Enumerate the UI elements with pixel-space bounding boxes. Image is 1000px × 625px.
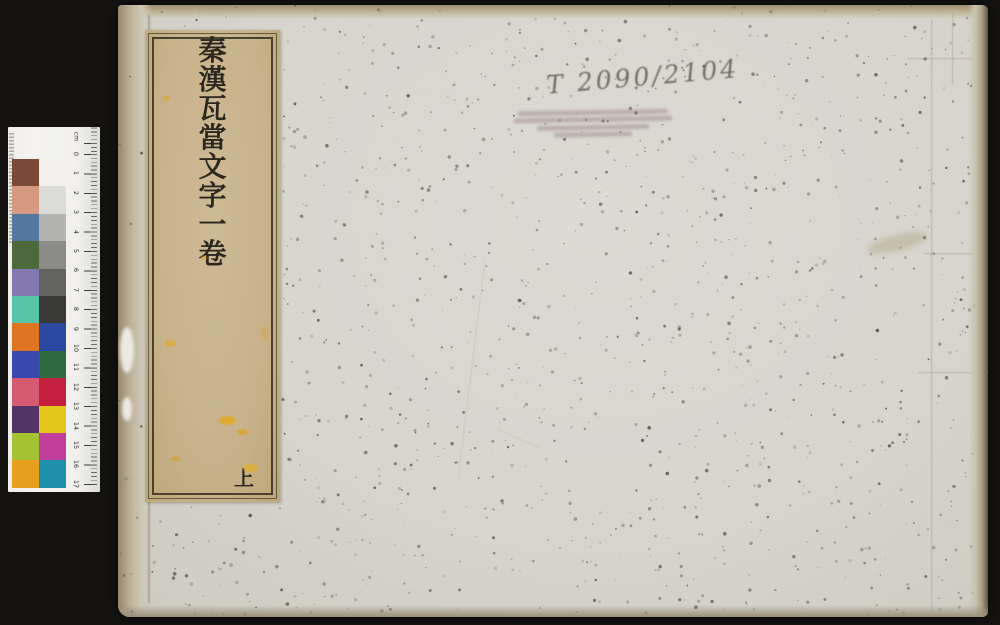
color-patch (12, 351, 39, 378)
stamp-text-line (554, 131, 632, 137)
ruler-number: 3 (68, 204, 80, 220)
ruler-number: 8 (68, 301, 80, 317)
stain (243, 464, 258, 472)
color-patch (39, 269, 66, 296)
color-patch (39, 406, 66, 433)
stain (171, 456, 180, 461)
ruler-number: 13 (68, 398, 80, 414)
stain (261, 326, 269, 340)
color-patch (39, 351, 66, 378)
color-patch (39, 433, 66, 460)
ruler: 01234567891011121314151617 (66, 127, 82, 492)
fore-edge (968, 5, 988, 617)
color-patch (12, 296, 39, 323)
ruler-number: 12 (68, 379, 80, 395)
ruler-minor-ticks (91, 127, 97, 487)
ruler-number: 14 (68, 418, 80, 434)
ruler-number: 17 (68, 476, 80, 492)
color-patch (12, 433, 39, 460)
crease-line (457, 262, 485, 477)
color-patch (39, 214, 66, 241)
title-label: 秦漢瓦當文字一卷 上 (145, 30, 280, 502)
ruler-number: 10 (68, 340, 80, 356)
color-patch (12, 214, 39, 241)
title-character: 漢 (145, 65, 280, 94)
stamp-text-line (537, 124, 649, 131)
crease-line (951, 13, 953, 85)
color-patch (39, 159, 66, 186)
stamp-text-line (518, 108, 668, 116)
crease-line (498, 428, 541, 449)
ruler-number: 4 (68, 224, 80, 240)
title-character: 文 (145, 152, 280, 181)
color-patch (12, 378, 39, 405)
color-patch (39, 241, 66, 268)
ruler-number: 11 (68, 359, 80, 375)
title-character: 秦 (145, 36, 280, 65)
book-top-edge (118, 5, 988, 19)
stain (163, 96, 170, 101)
handwritten-accession-number: T 2090/2104 (545, 49, 797, 100)
color-patch (12, 241, 39, 268)
stain (201, 256, 207, 260)
ruler-number: 9 (68, 321, 80, 337)
ruler-number: 1 (68, 165, 80, 181)
color-patch (12, 269, 39, 296)
stain (219, 416, 236, 425)
title-text: 秦漢瓦當文字一卷 (145, 36, 280, 268)
ruler-number: 16 (68, 456, 80, 472)
ruler-number: 0 (68, 146, 80, 162)
title-character: 字 (145, 181, 280, 210)
book-bottom-edge (118, 605, 988, 617)
color-patch (12, 186, 39, 213)
ruler-number: 7 (68, 282, 80, 298)
color-patch-column-left (12, 159, 39, 488)
color-patch (39, 460, 66, 487)
photo-stage: cm 01234567891011121314151617 秦漢瓦當文字一卷 上 (0, 0, 1000, 625)
stain (865, 228, 929, 259)
ruler-number: 5 (68, 243, 80, 259)
calibration-card: cm 01234567891011121314151617 (8, 127, 100, 492)
ruler-number: 6 (68, 262, 80, 278)
stamp-text-line (514, 116, 672, 124)
library-stamp (508, 106, 679, 141)
color-patch (12, 323, 39, 350)
color-patch (12, 460, 39, 487)
color-patch (39, 296, 66, 323)
color-patch (12, 406, 39, 433)
color-patch (39, 378, 66, 405)
title-character: 一 (145, 210, 280, 239)
title-character: 卷 (145, 239, 280, 268)
color-patch (39, 323, 66, 350)
book-cover: 秦漢瓦當文字一卷 上 T 2090/2104 (118, 5, 988, 617)
stain (165, 340, 176, 347)
color-patch (12, 159, 39, 186)
grayscale-patch-column-right (39, 159, 66, 488)
paper-chip (122, 397, 132, 421)
title-character: 當 (145, 123, 280, 152)
ruler-number: 15 (68, 437, 80, 453)
color-patch (39, 186, 66, 213)
stain (237, 429, 248, 435)
crease-line (930, 19, 932, 611)
paper-chip (120, 327, 134, 373)
ruler-number: 2 (68, 185, 80, 201)
